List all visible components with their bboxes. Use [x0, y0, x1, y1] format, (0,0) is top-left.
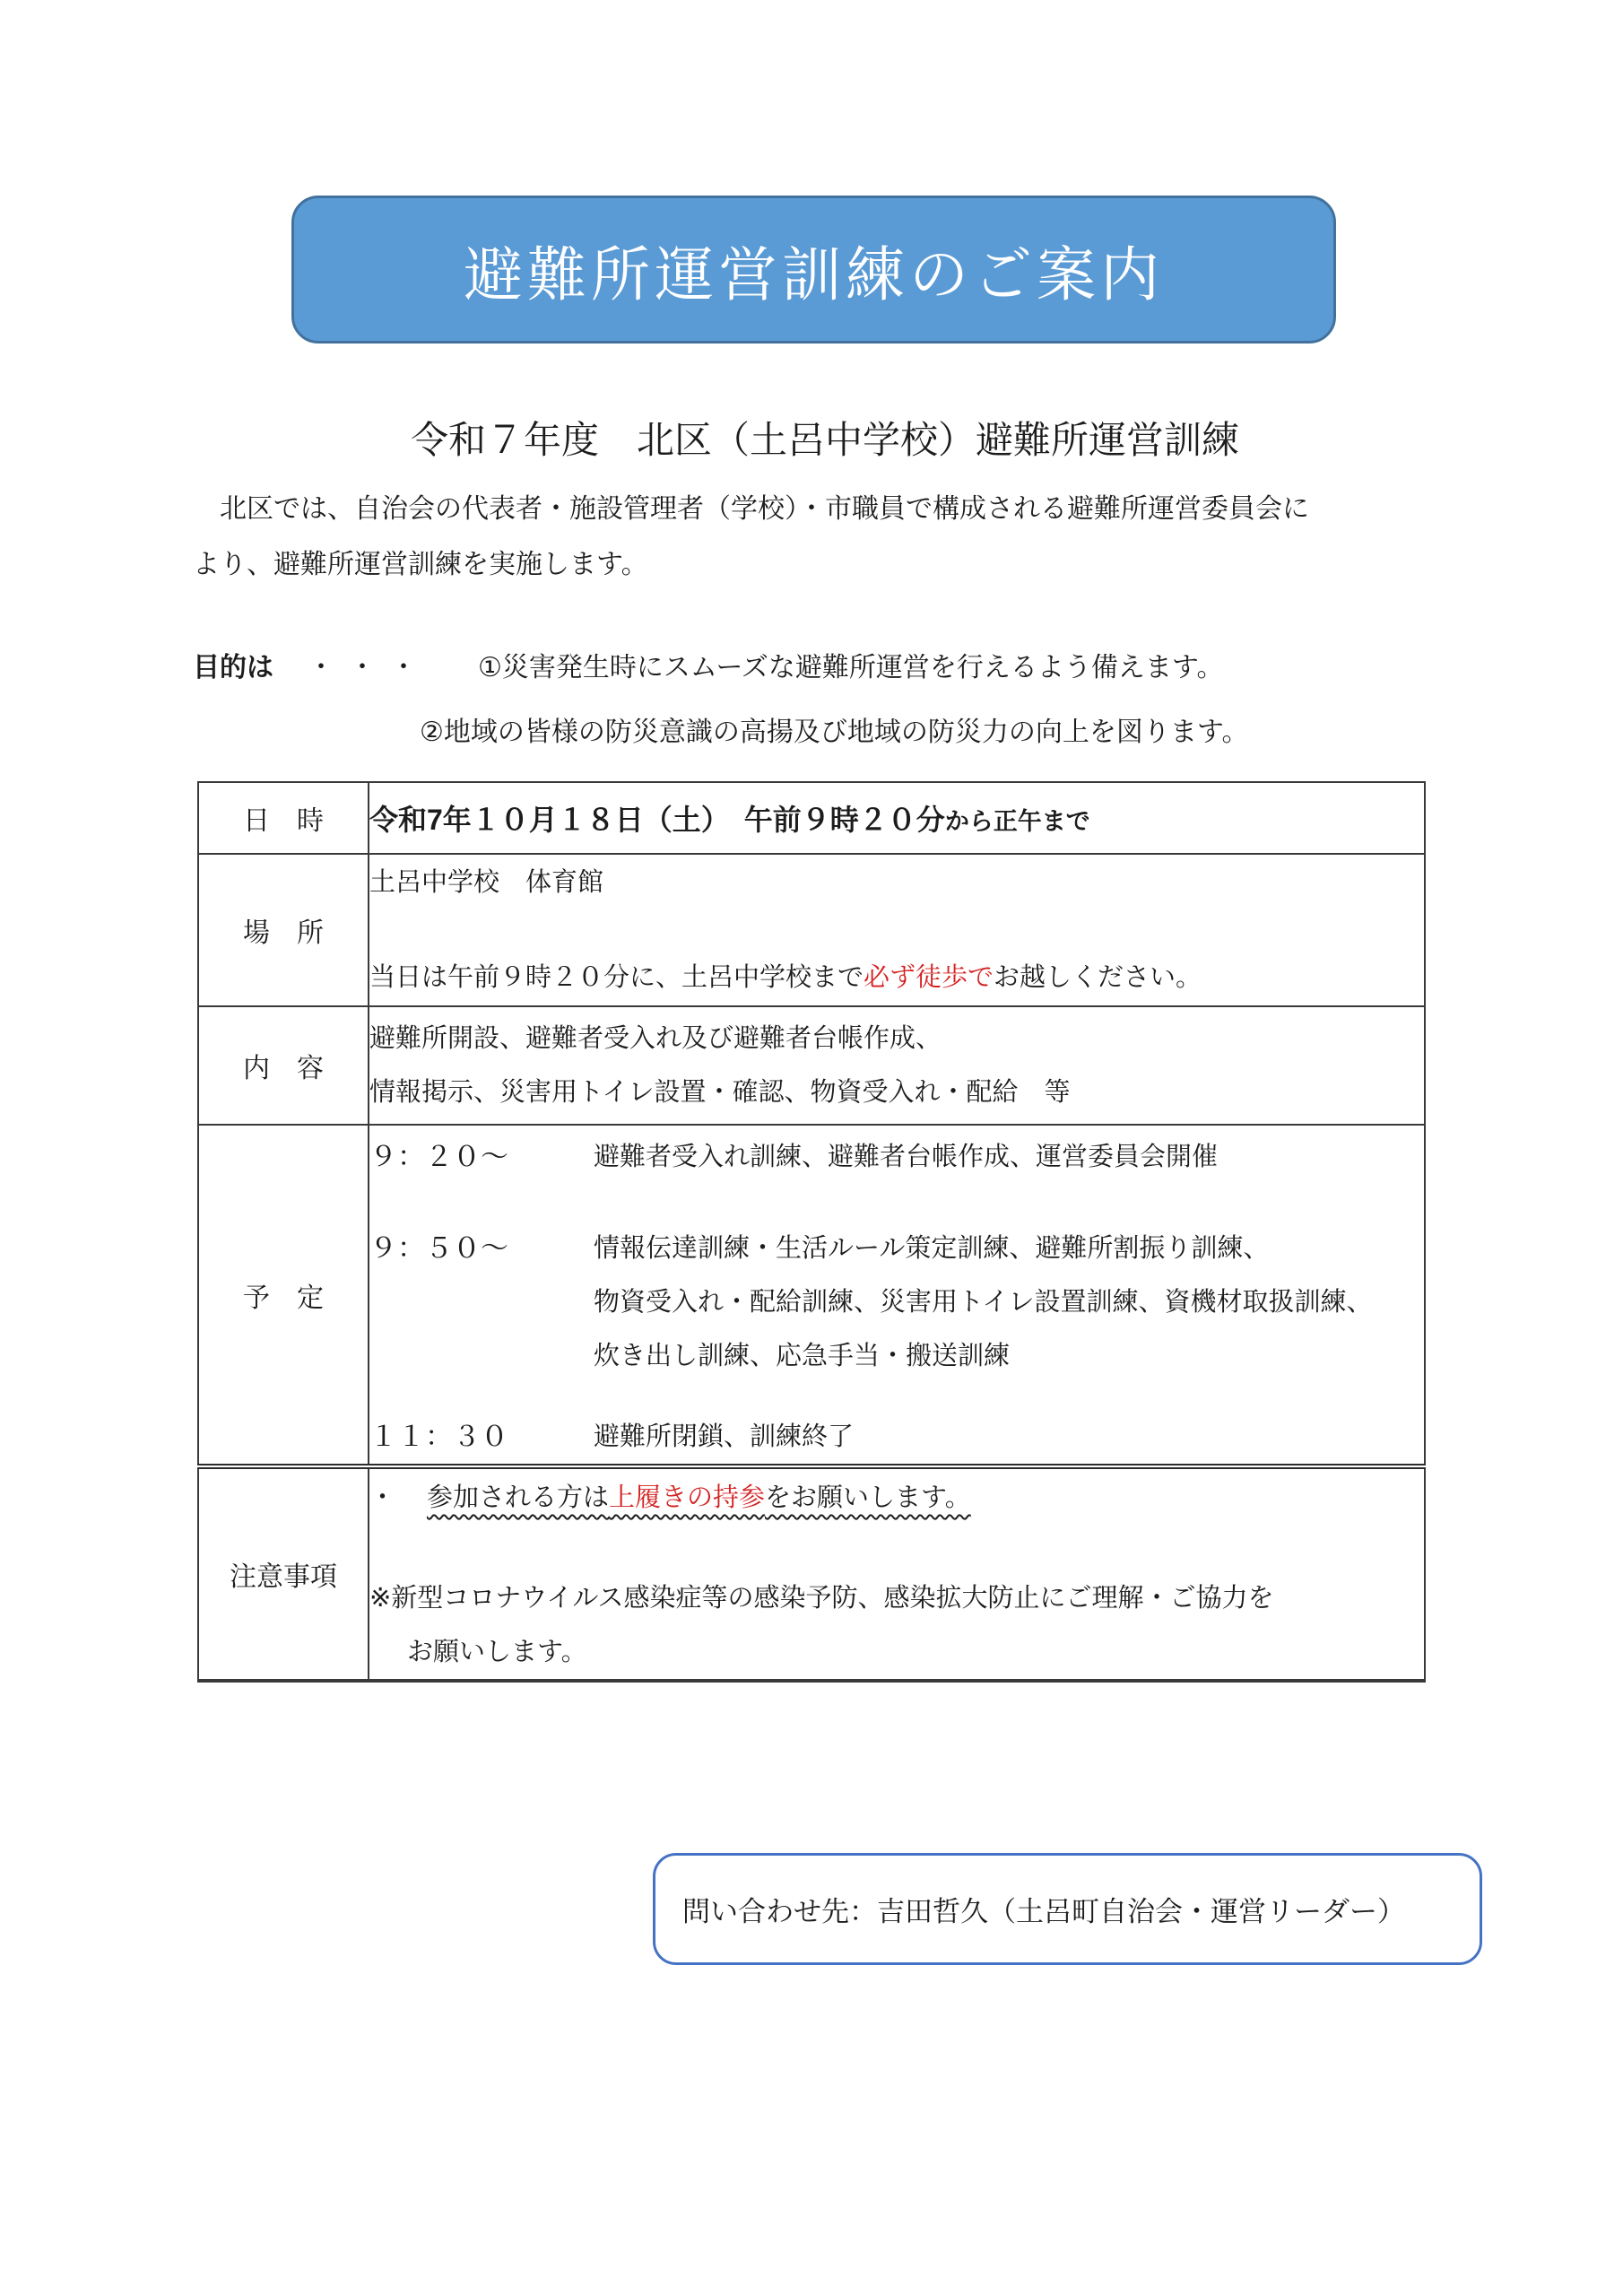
place-note-red: 必ず徒歩で — [864, 963, 994, 992]
purpose-item-2: ②地域の皆様の防災意識の高揚及び地域の防災力の向上を図ります。 — [193, 705, 1249, 761]
table-row-place: 場 所 土呂中学校 体育館 当日は午前９時２０分に、土呂中学校まで必ず徒歩でお越… — [198, 854, 1425, 1006]
purpose-dots: ・・・ — [308, 653, 431, 683]
note-covid-line1: ※新型コロナウイルス感染症等の感染予防、感染拡大防止にご理解・ご協力を — [369, 1571, 1424, 1625]
row-label-place: 場 所 — [198, 854, 369, 1006]
event-heading: 令和７年度 北区（土呂中学校）避難所運営訓練 — [197, 411, 1453, 465]
title-banner: 避難所運営訓練のご案内 — [291, 196, 1336, 344]
purpose-line-1: 目的は・・・①災害発生時にスムーズな避難所運営を行えるよう備えます。 — [193, 640, 1249, 696]
row-value-content: 避難所開設、避難者受入れ及び避難者台帳作成、 情報掲示、災害用トイレ設置・確認、… — [369, 1006, 1425, 1125]
schedule-entry-950: ９：５０～ 情報伝達訓練・生活ルール策定訓練、避難所割振り訓練、 物資受入れ・配… — [369, 1222, 1424, 1383]
schedule-time-950: ９：５０～ — [369, 1222, 594, 1275]
schedule-desc-1130: 避難所閉鎖、訓練終了 — [594, 1410, 854, 1464]
schedule-entry-920: ９：２０～ 避難者受入れ訓練、避難者台帳作成、運営委員会開催 — [369, 1130, 1424, 1184]
note-shoes-post: をお願いします。 — [765, 1483, 971, 1512]
contact-text: 問い合わせ先：吉田哲久（土呂町自治会・運営リーダー） — [682, 1889, 1405, 1929]
place-venue: 土呂中学校 体育館 — [369, 856, 1424, 909]
schedule-table: 日 時 令和7年１０月１８日（土） 午前９時２０分から正午まで 場 所 土呂中学… — [197, 781, 1426, 1683]
purpose-item-1: ①災害発生時にスムーズな避難所運営を行えるよう備えます。 — [478, 653, 1224, 683]
row-label-datetime: 日 時 — [198, 782, 369, 854]
place-note-post: お越しください。 — [994, 963, 1202, 992]
table-row-notes: 注意事項 ・参加される方は上履きの持参をお願いします。 ※新型コロナウイルス感染… — [198, 1466, 1425, 1681]
note-covid: ※新型コロナウイルス感染症等の感染予防、感染拡大防止にご理解・ご協力を お願いし… — [369, 1571, 1424, 1679]
note-bullet: ・ — [369, 1471, 427, 1525]
table-row-schedule: 予 定 ９：２０～ 避難者受入れ訓練、避難者台帳作成、運営委員会開催 ９：５０～… — [198, 1125, 1425, 1466]
note-covid-line2: お願いします。 — [369, 1625, 1424, 1679]
intro-line-1: 北区では、自治会の代表者・施設管理者（学校）・市職員で構成される避難所運営委員会… — [193, 482, 1466, 537]
note-shoes-pre: 参加される方は — [427, 1483, 609, 1512]
row-label-content: 内 容 — [198, 1006, 369, 1125]
datetime-suffix: から正午まで — [945, 808, 1090, 835]
purpose-label: 目的は — [193, 653, 273, 683]
place-note-pre: 当日は午前９時２０分に、土呂中学校まで — [369, 963, 864, 992]
flyer-page: 避難所運営訓練のご案内 令和７年度 北区（土呂中学校）避難所運営訓練 北区では、… — [0, 0, 1623, 2296]
content-line-2: 情報掲示、災害用トイレ設置・確認、物資受入れ・配給 等 — [369, 1065, 1424, 1119]
schedule-desc-950-line2: 物資受入れ・配給訓練、災害用トイレ設置訓練、資機材取扱訓練、 — [594, 1275, 1373, 1329]
row-label-notes: 注意事項 — [198, 1466, 369, 1681]
table-row-content: 内 容 避難所開設、避難者受入れ及び避難者台帳作成、 情報掲示、災害用トイレ設置… — [198, 1006, 1425, 1125]
row-label-schedule: 予 定 — [198, 1125, 369, 1466]
contact-box: 問い合わせ先：吉田哲久（土呂町自治会・運営リーダー） — [653, 1853, 1482, 1965]
row-value-notes: ・参加される方は上履きの持参をお願いします。 ※新型コロナウイルス感染症等の感染… — [369, 1466, 1425, 1681]
note-shoes-red: 上履きの持参 — [609, 1483, 765, 1512]
intro-paragraph: 北区では、自治会の代表者・施設管理者（学校）・市職員で構成される避難所運営委員会… — [193, 482, 1466, 593]
schedule-time-1130: １１：３０ — [369, 1410, 594, 1464]
datetime-main: 令和7年１０月１８日（土） 午前９時２０分 — [369, 804, 945, 836]
table-row-datetime: 日 時 令和7年１０月１８日（土） 午前９時２０分から正午まで — [198, 782, 1425, 854]
purpose-block: 目的は・・・①災害発生時にスムーズな避難所運営を行えるよう備えます。 ②地域の皆… — [193, 640, 1249, 761]
row-value-schedule: ９：２０～ 避難者受入れ訓練、避難者台帳作成、運営委員会開催 ９：５０～ 情報伝… — [369, 1125, 1425, 1466]
intro-line-2: より、避難所運営訓練を実施します。 — [193, 537, 1466, 593]
schedule-desc-950-line3: 炊き出し訓練、応急手当・搬送訓練 — [594, 1329, 1373, 1383]
place-arrival-note: 当日は午前９時２０分に、土呂中学校まで必ず徒歩でお越しください。 — [369, 951, 1424, 1004]
schedule-desc-950-line1: 情報伝達訓練・生活ルール策定訓練、避難所割振り訓練、 — [594, 1222, 1373, 1275]
row-value-place: 土呂中学校 体育館 当日は午前９時２０分に、土呂中学校まで必ず徒歩でお越しくださ… — [369, 854, 1425, 1006]
content-line-1: 避難所開設、避難者受入れ及び避難者台帳作成、 — [369, 1012, 1424, 1065]
schedule-desc-920: 避難者受入れ訓練、避難者台帳作成、運営委員会開催 — [594, 1130, 1218, 1184]
schedule-time-920: ９：２０～ — [369, 1130, 594, 1184]
schedule-entry-1130: １１：３０ 避難所閉鎖、訓練終了 — [369, 1410, 1424, 1464]
page-title: 避難所運営訓練のご案内 — [464, 227, 1164, 312]
row-value-datetime: 令和7年１０月１８日（土） 午前９時２０分から正午まで — [369, 782, 1425, 854]
note-bring-shoes: ・参加される方は上履きの持参をお願いします。 — [369, 1471, 1424, 1525]
